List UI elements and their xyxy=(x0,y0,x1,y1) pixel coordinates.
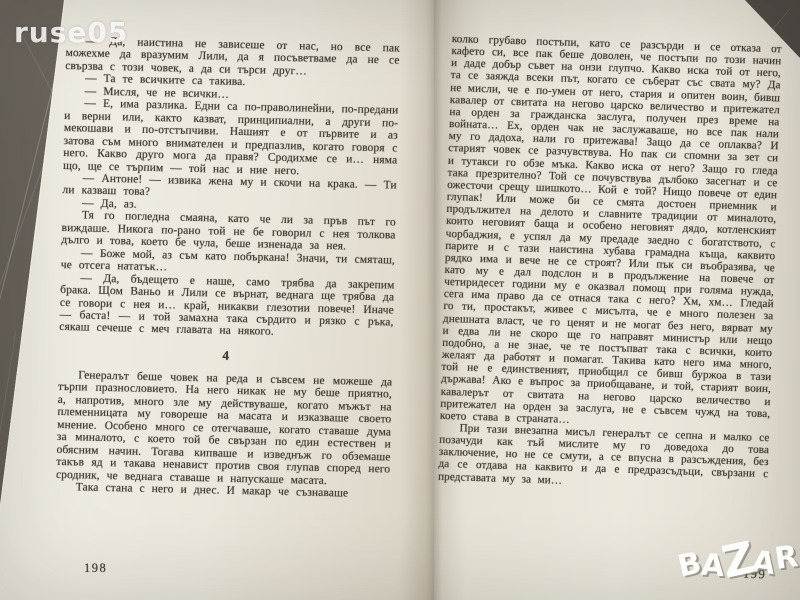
watermark-bazar-logo: BAZAR xyxy=(677,533,799,583)
paragraph: — Да, бъдещето е наше, само трябва да за… xyxy=(59,272,394,342)
section-heading: 4 xyxy=(59,344,393,368)
page-edge-highlight xyxy=(0,0,66,512)
left-page-text: — Да, наистина не зависеше от нас, но вс… xyxy=(56,35,400,501)
paragraph: колко грубаво постъпи, като се разсърди … xyxy=(440,33,782,432)
right-page-text: колко грубаво постъпи, като се разсърди … xyxy=(438,33,782,493)
page-number-left: 198 xyxy=(84,561,107,576)
paragraph: — Е, има разлика. Едни са по-праволинейн… xyxy=(63,97,399,179)
bazar-letter: R xyxy=(773,542,800,575)
paragraph: Генералът беше човек на реда и съвсем не… xyxy=(56,369,392,489)
book-photo: — Да, наистина не зависеше от нас, но вс… xyxy=(0,0,800,600)
paragraph: При тази внезапна мисъл генералът се сеп… xyxy=(438,422,770,493)
watermark-ruse05: ruse05 xyxy=(14,16,128,49)
